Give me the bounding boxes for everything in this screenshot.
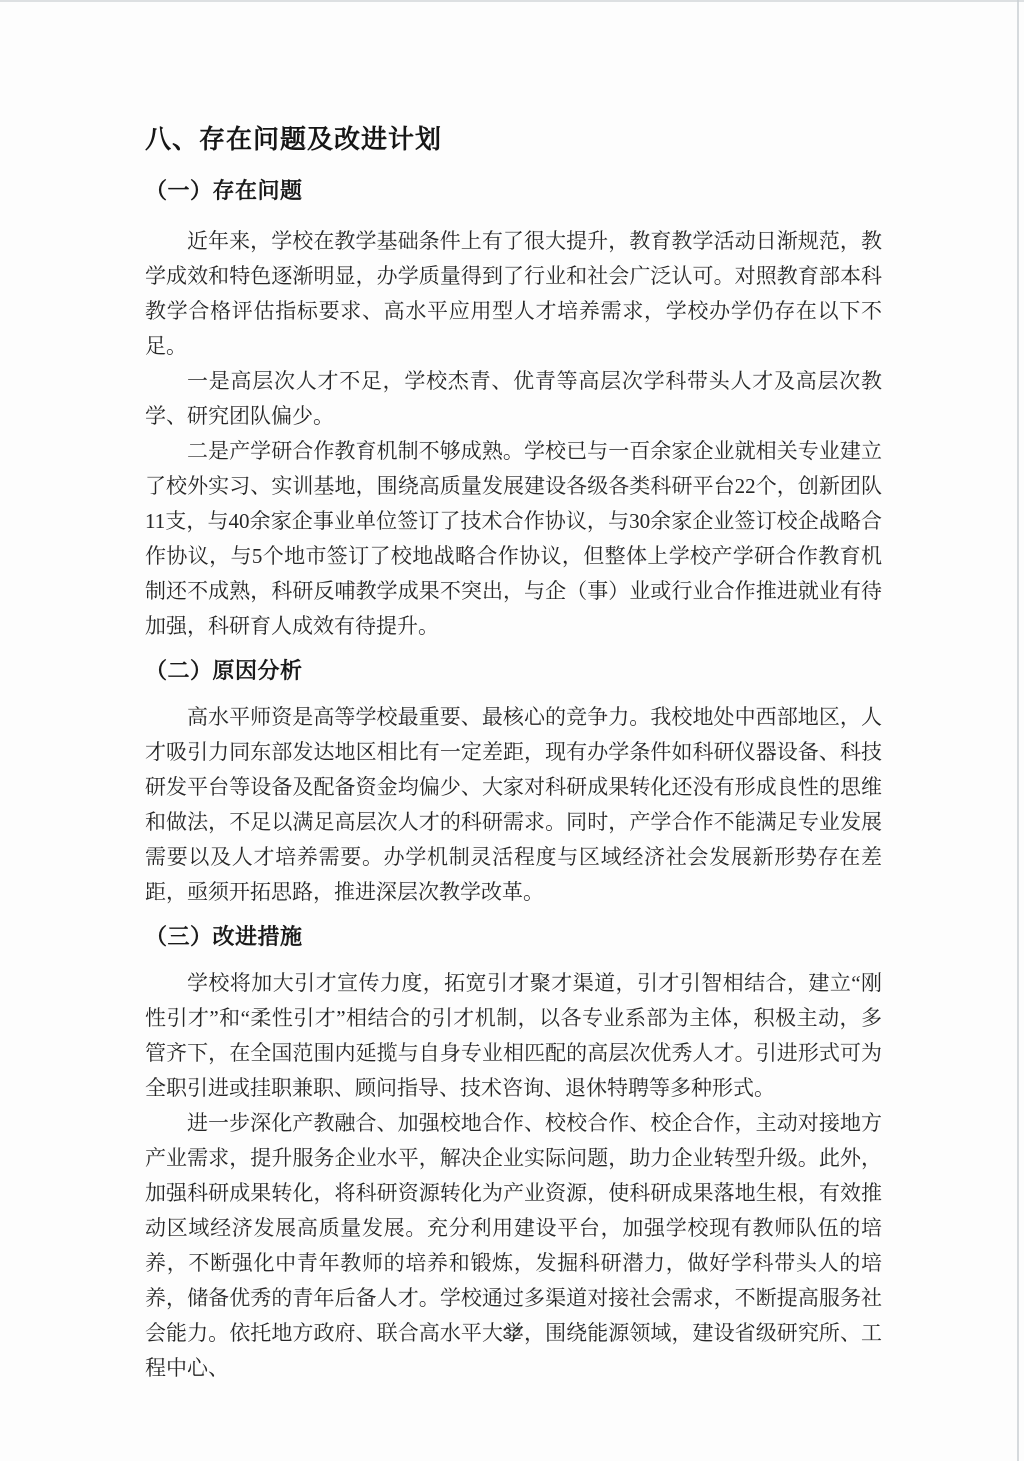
chapter-title: 八、存在问题及改进计划 <box>145 124 882 154</box>
scan-top-edge-line <box>0 0 1024 2</box>
document-page: 八、存在问题及改进计划 （一）存在问题 近年来，学校在教学基础条件上有了很大提升… <box>0 0 1024 1461</box>
page-number: 32 <box>0 1324 1024 1344</box>
scan-right-edge-line <box>1017 0 1019 1461</box>
paragraph: 二是产学研合作教育机制不够成熟。学校已与一百余家企业就相关专业建立了校外实习、实… <box>145 434 882 644</box>
paragraph: 近年来，学校在教学基础条件上有了很大提升，教育教学活动日渐规范，教学成效和特色逐… <box>145 224 882 364</box>
paragraph: 高水平师资是高等学校最重要、最核心的竞争力。我校地处中西部地区，人才吸引力同东部… <box>145 700 882 910</box>
subsection-heading-problems: （一）存在问题 <box>145 178 882 204</box>
subsection-heading-cause-analysis: （二）原因分析 <box>145 658 882 684</box>
paragraph: 进一步深化产教融合、加强校地合作、校校合作、校企合作，主动对接地方产业需求，提升… <box>145 1106 882 1386</box>
paragraph: 一是高层次人才不足，学校杰青、优青等高层次学科带头人才及高层次教学、研究团队偏少… <box>145 364 882 434</box>
page-content: 八、存在问题及改进计划 （一）存在问题 近年来，学校在教学基础条件上有了很大提升… <box>145 124 882 1386</box>
subsection-heading-improvement-measures: （三）改进措施 <box>145 924 882 950</box>
paragraph: 学校将加大引才宣传力度，拓宽引才聚才渠道，引才引智相结合，建立“刚性引才”和“柔… <box>145 966 882 1106</box>
